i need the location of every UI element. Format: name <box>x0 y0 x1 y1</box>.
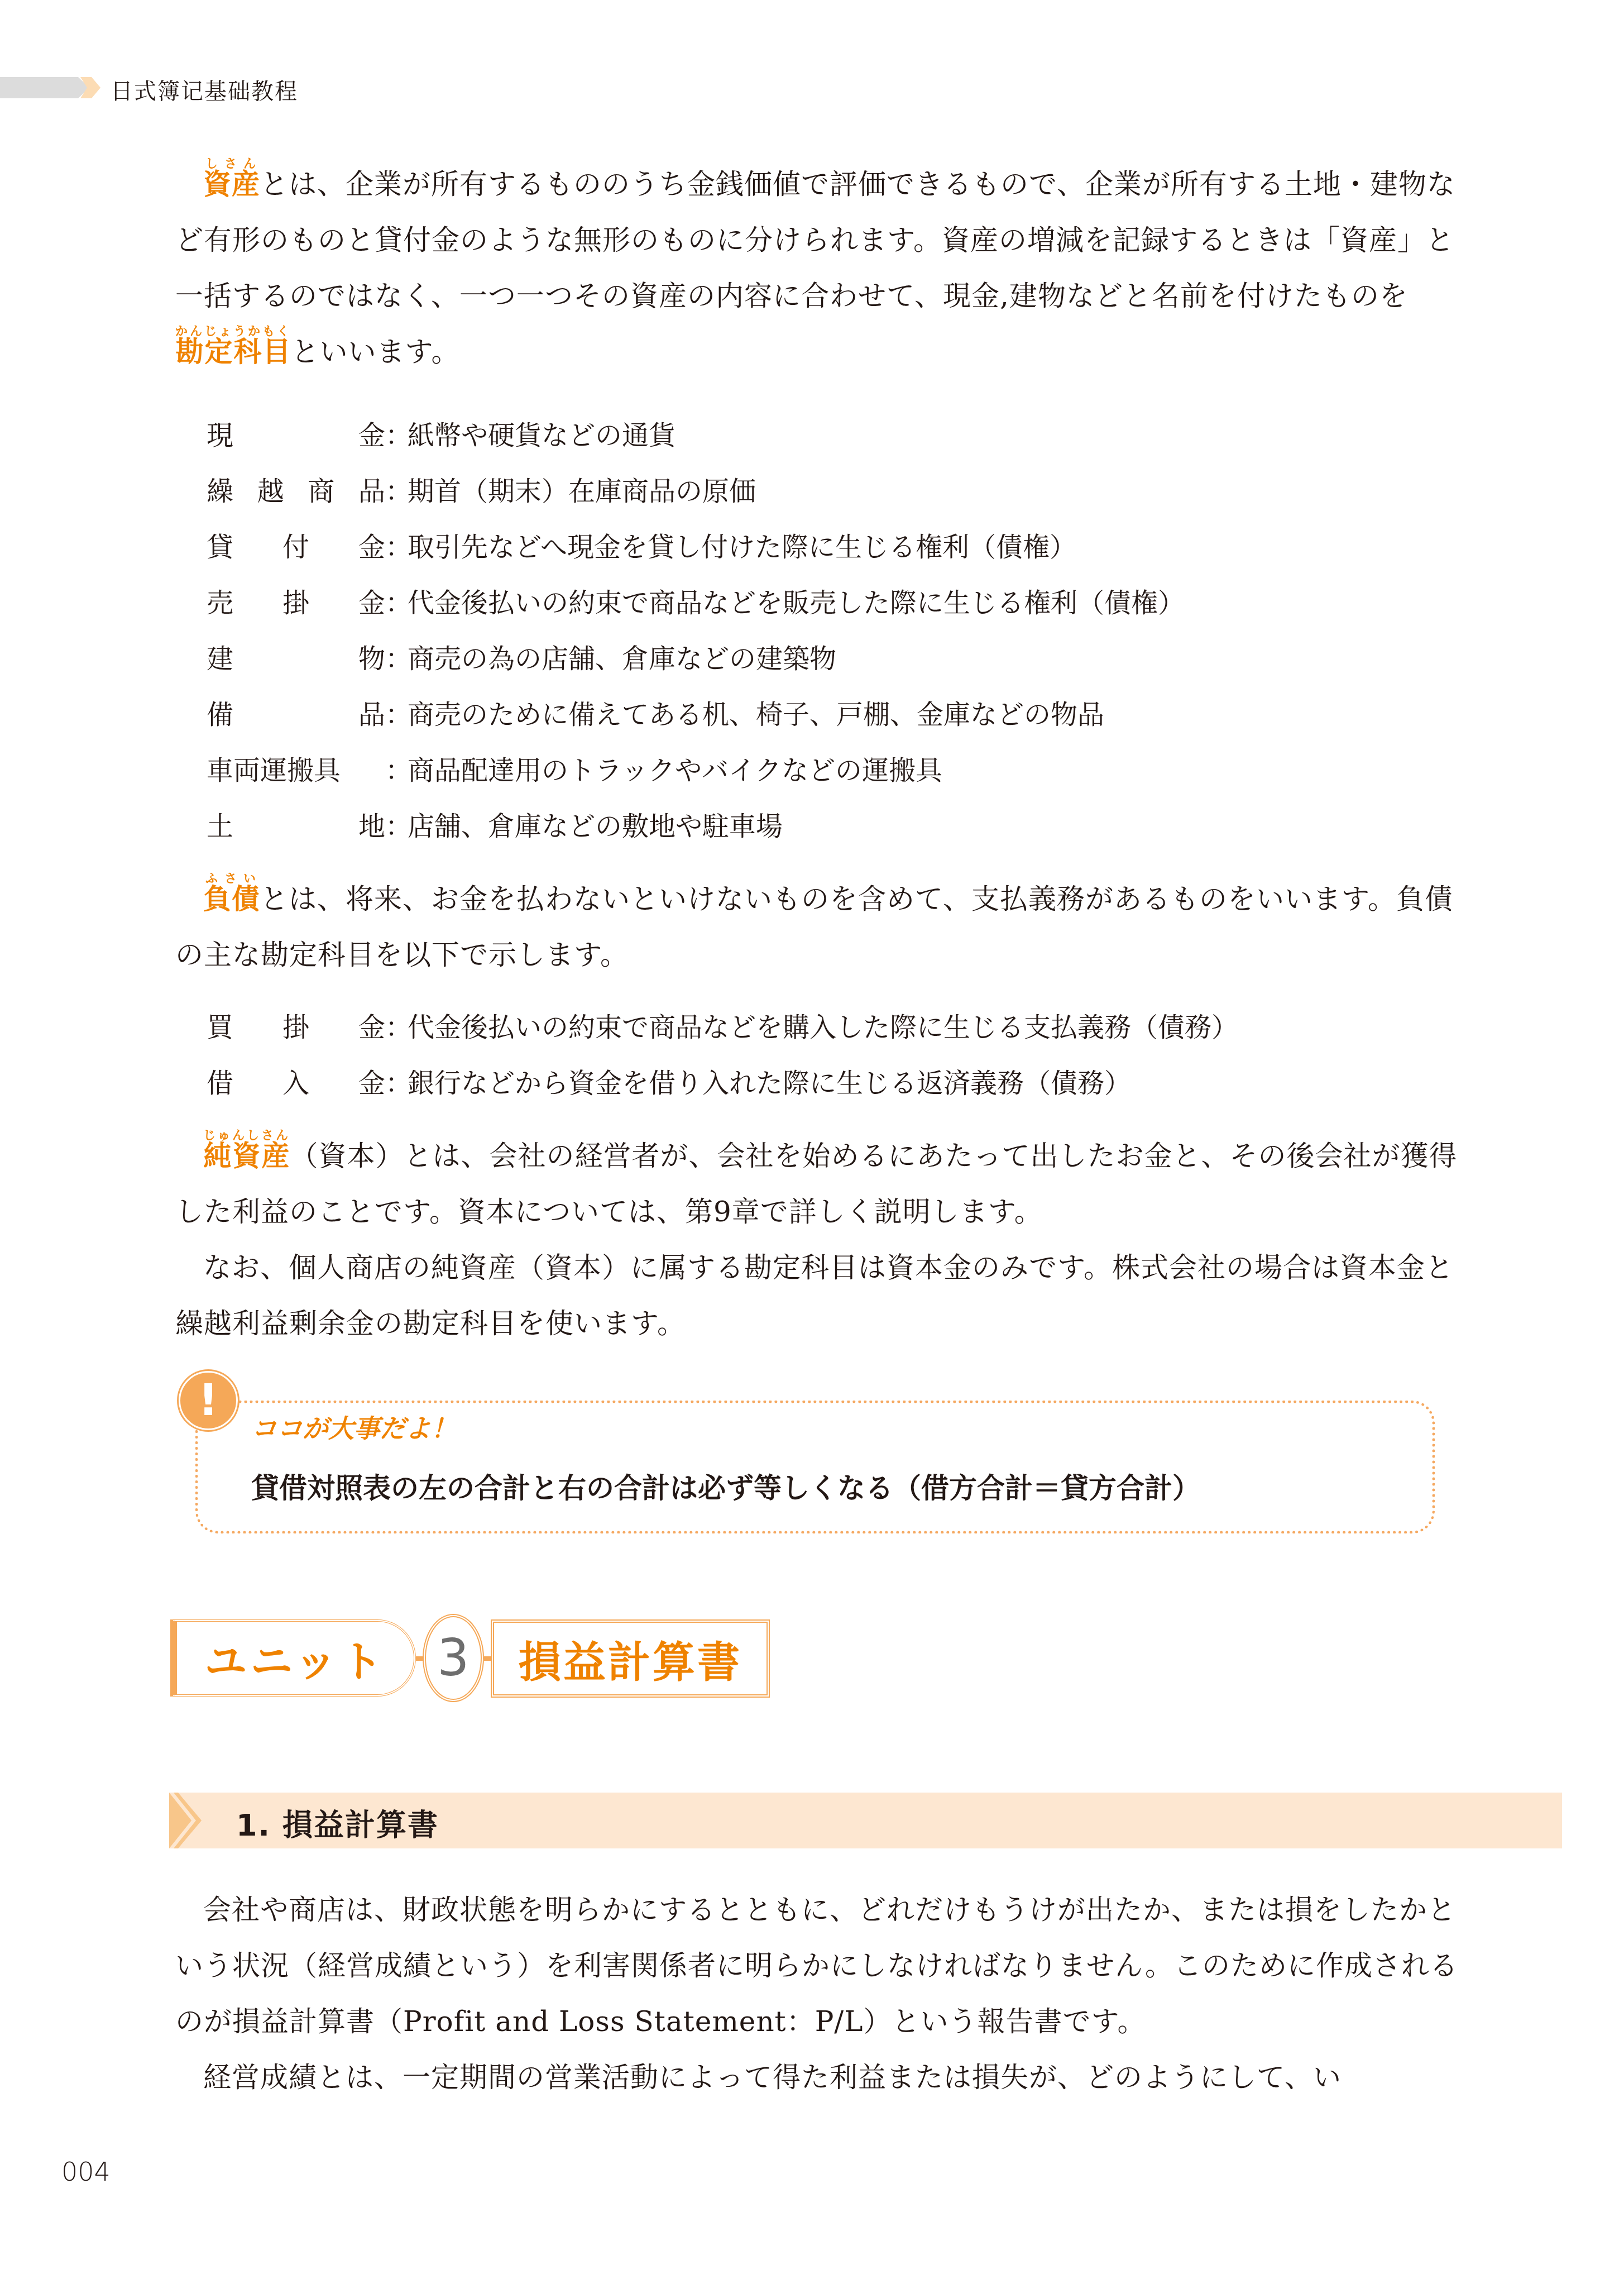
callout-title: ココが大事だよ！ <box>251 1408 457 1445</box>
account-name: 備品 <box>207 687 385 743</box>
section-heading: 1. 損益計算書 <box>169 1793 1562 1848</box>
account-name: 貸付金 <box>207 519 385 575</box>
running-header: 日式簿记基础教程 <box>0 77 447 98</box>
colon-separator: ： <box>385 799 408 854</box>
equity-term: 純資産じゅんしさん <box>203 1139 290 1172</box>
account-description: 商品配達用のトラックやバイクなどの運搬具 <box>408 743 942 799</box>
account-description: 代金後払いの約束で商品などを販売した際に生じる権利（債権） <box>408 575 1185 631</box>
account-name: 売掛金 <box>207 575 385 631</box>
account-name: 建物 <box>207 631 385 687</box>
header-gray-bar <box>0 77 89 98</box>
colon-separator: ： <box>385 575 408 631</box>
colon-separator: ： <box>385 743 408 799</box>
account-name: 借入金 <box>207 1055 385 1111</box>
definition-row: 建物：商売の為の店舗、倉庫などの建築物 <box>207 631 1185 687</box>
asset-term: 資産しさん <box>203 168 260 200</box>
unit-label: ユニット <box>170 1619 416 1697</box>
colon-separator: ： <box>385 464 408 519</box>
colon-separator: ： <box>385 631 408 687</box>
definition-row: 車両運搬具：商品配達用のトラックやバイクなどの運搬具 <box>207 743 1185 799</box>
equity-paragraph-2: なお、個人商店の純資産（資本）に属する勘定科目は資本金のみです。株式会社の場合は… <box>175 1240 1473 1351</box>
unit-title: 損益計算書 <box>491 1619 770 1698</box>
exclamation-icon: ! <box>179 1371 238 1430</box>
liability-term: 負債ふさい <box>203 882 260 915</box>
pl-body: 会社や商店は、財政状態を明らかにするとともに、どれだけもうけが出たか、または損を… <box>175 1882 1473 2105</box>
account-term: 勘定科目かんじょうかもく <box>175 335 291 368</box>
account-description: 代金後払いの約束で商品などを購入した際に生じる支払義務（債務） <box>408 1000 1238 1055</box>
account-description: 商売の為の店舗、倉庫などの建築物 <box>408 631 836 687</box>
colon-separator: ： <box>385 687 408 743</box>
definition-row: 売掛金：代金後払いの約束で商品などを販売した際に生じる権利（債権） <box>207 575 1185 631</box>
account-description: 店舗、倉庫などの敷地や駐車場 <box>408 799 783 854</box>
account-description: 期首（期末）在庫商品の原価 <box>408 464 756 519</box>
equity-paragraph: 純資産じゅんしさん（資本）とは、会社の経営者が、会社を始めるにあたって出したお金… <box>175 1128 1473 1240</box>
account-description: 商売のために備えてある机、椅子、戸棚、金庫などの物品 <box>408 687 1104 743</box>
definition-row: 土地：店舗、倉庫などの敷地や駐車場 <box>207 799 1185 854</box>
colon-separator: ： <box>385 519 408 575</box>
definition-row: 買掛金：代金後払いの約束で商品などを購入した際に生じる支払義務（債務） <box>207 1000 1238 1055</box>
account-name: 車両運搬具 <box>207 743 385 799</box>
asset-account-list: 現金：紙幣や硬貨などの通貨繰越商品：期首（期末）在庫商品の原価貸付金：取引先など… <box>207 408 1185 854</box>
equity-definition: 純資産じゅんしさん（資本）とは、会社の経営者が、会社を始めるにあたって出したお金… <box>175 1128 1473 1351</box>
page-number: 004 <box>61 2157 111 2187</box>
book-title: 日式簿记基础教程 <box>111 74 298 106</box>
pl-paragraph: 経営成績とは、一定期間の営業活動によって得た利益または損失が、どのようにして、い <box>175 2049 1473 2105</box>
pl-paragraph: 会社や商店は、財政状態を明らかにするとともに、どれだけもうけが出たか、または損を… <box>175 1882 1473 2049</box>
asset-paragraph: 資産しさんとは、企業が所有するもののうち金銭価値で評価できるもので、企業が所有す… <box>175 156 1473 380</box>
liability-paragraph: 負債ふさいとは、将来、お金を払わないといけないものを含めて、支払義務があるものを… <box>175 871 1473 983</box>
unit-connector <box>484 1656 491 1661</box>
definition-row: 繰越商品：期首（期末）在庫商品の原価 <box>207 464 1185 519</box>
section-title: 1. 損益計算書 <box>236 1802 439 1845</box>
account-name: 繰越商品 <box>207 464 385 519</box>
colon-separator: ： <box>385 408 408 464</box>
callout-body: 貸借対照表の左の合計と右の合計は必ず等しくなる（借方合計＝貸方合計） <box>251 1466 1200 1506</box>
definition-row: 借入金：銀行などから資金を借り入れた際に生じる返済義務（債務） <box>207 1055 1238 1111</box>
colon-separator: ： <box>385 1000 408 1055</box>
definition-row: 貸付金：取引先などへ現金を貸し付けた際に生じる権利（債権） <box>207 519 1185 575</box>
account-name: 現金 <box>207 408 385 464</box>
account-description: 取引先などへ現金を貸し付けた際に生じる権利（債権） <box>408 519 1076 575</box>
liability-account-list: 買掛金：代金後払いの約束で商品などを購入した際に生じる支払義務（債務）借入金：銀… <box>207 1000 1238 1111</box>
account-description: 紙幣や硬貨などの通貨 <box>408 408 676 464</box>
unit-connector <box>416 1656 423 1661</box>
account-description: 銀行などから資金を借り入れた際に生じる返済義務（債務） <box>408 1055 1131 1111</box>
unit-number: 3 <box>423 1614 484 1702</box>
asset-definition: 資産しさんとは、企業が所有するもののうち金銭価値で評価できるもので、企業が所有す… <box>175 156 1473 380</box>
definition-row: 現金：紙幣や硬貨などの通貨 <box>207 408 1185 464</box>
account-name: 土地 <box>207 799 385 854</box>
liability-definition: 負債ふさいとは、将来、お金を払わないといけないものを含めて、支払義務があるものを… <box>175 871 1473 983</box>
definition-row: 備品：商売のために備えてある机、椅子、戸棚、金庫などの物品 <box>207 687 1185 743</box>
colon-separator: ： <box>385 1055 408 1111</box>
account-name: 買掛金 <box>207 1000 385 1055</box>
